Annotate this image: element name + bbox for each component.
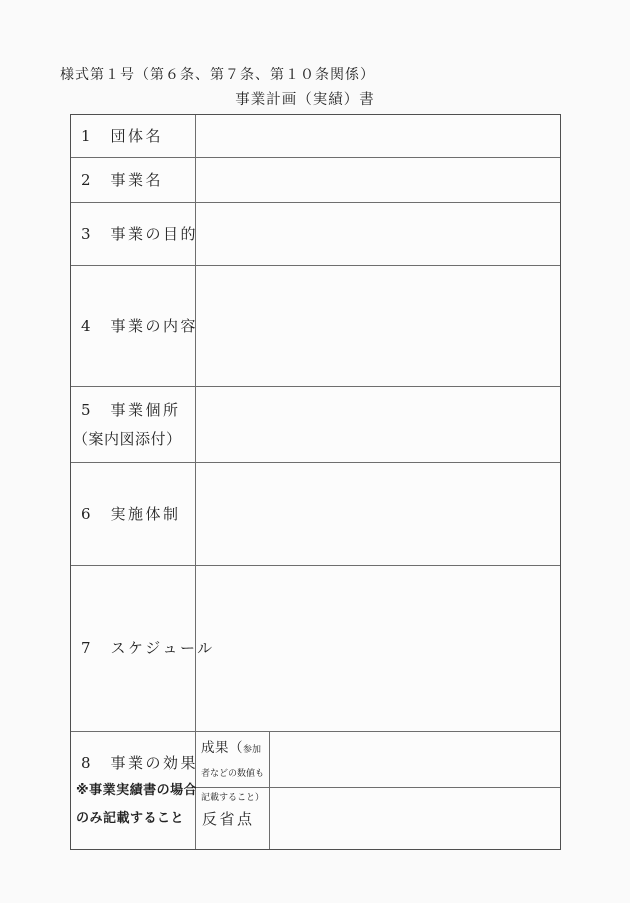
results-label-cell: 成果（参加者などの数値も記載すること） [196,732,270,787]
table-row-project-name: 2 事業名 [71,158,560,203]
document-title: 事業計画（実績）書 [70,88,540,109]
row-label: 7 スケジュール [81,634,195,663]
row-label-cell: 2 事業名 [71,158,196,202]
row-entry-area [270,788,560,849]
row-label: 1 団体名 [81,122,195,151]
row-label-cell: 1 団体名 [71,115,196,157]
table-row-organization-name: 1 団体名 [71,115,560,158]
form-number: 様式第１号（第６条、第７条、第１０条関係） [60,64,375,84]
row-label: 8 事業の効果 [81,749,195,777]
row-entry-area [196,463,560,565]
row-label-cell: 3 事業の目的 [71,203,196,265]
row-entry-area [196,203,560,265]
row-label: 4 事業の内容 [81,312,195,341]
results-label: 成果（ [201,740,243,756]
row-entry-area [196,387,560,462]
row-label-cell: 8 事業の効果 ※事業実績書の場合 のみ記載すること [71,732,196,849]
effect-sub-table: 成果（参加者などの数値も記載すること） 反省点 [196,732,560,849]
reflection-label-cell: 反省点 [196,788,270,849]
document-page: 様式第１号（第６条、第７条、第１０条関係） 事業計画（実績）書 1 団体名 2 … [0,0,630,903]
sub-row-results: 成果（参加者などの数値も記載すること） [196,732,560,788]
row-label: 3 事業の目的 [81,220,195,249]
row-label-cell: 5 事業個所 （案内図添付） [71,387,196,462]
row-entry-area [196,266,560,386]
row-entry-area [196,158,560,202]
sub-row-reflection: 反省点 [196,788,560,849]
row-label: 5 事業個所 [81,396,195,425]
row-label: 2 事業名 [81,166,195,195]
business-plan-table: 1 団体名 2 事業名 3 事業の目的 4 事業の内容 5 事業個所 [70,114,561,850]
row-entry-area [196,115,560,157]
row-label-line2: （案内図添付） [73,425,195,454]
row-note-line2: のみ記載すること [76,805,195,833]
table-row-schedule: 7 スケジュール [71,566,560,732]
table-row-project-location: 5 事業個所 （案内図添付） [71,387,560,463]
table-row-project-content: 4 事業の内容 [71,266,560,387]
row-entry-area [270,732,560,787]
reflection-label: 反省点 [202,808,255,829]
row-note-line1: ※事業実績書の場合 [76,777,195,805]
row-label-cell: 6 実施体制 [71,463,196,565]
table-row-project-effect: 8 事業の効果 ※事業実績書の場合 のみ記載すること 成果（参加者などの数値も記… [71,732,560,849]
table-row-implementation-structure: 6 実施体制 [71,463,560,566]
row-entry-area [196,566,560,731]
row-label-cell: 4 事業の内容 [71,266,196,386]
row-label-cell: 7 スケジュール [71,566,196,731]
row-label: 6 実施体制 [81,500,195,529]
table-row-project-purpose: 3 事業の目的 [71,203,560,266]
